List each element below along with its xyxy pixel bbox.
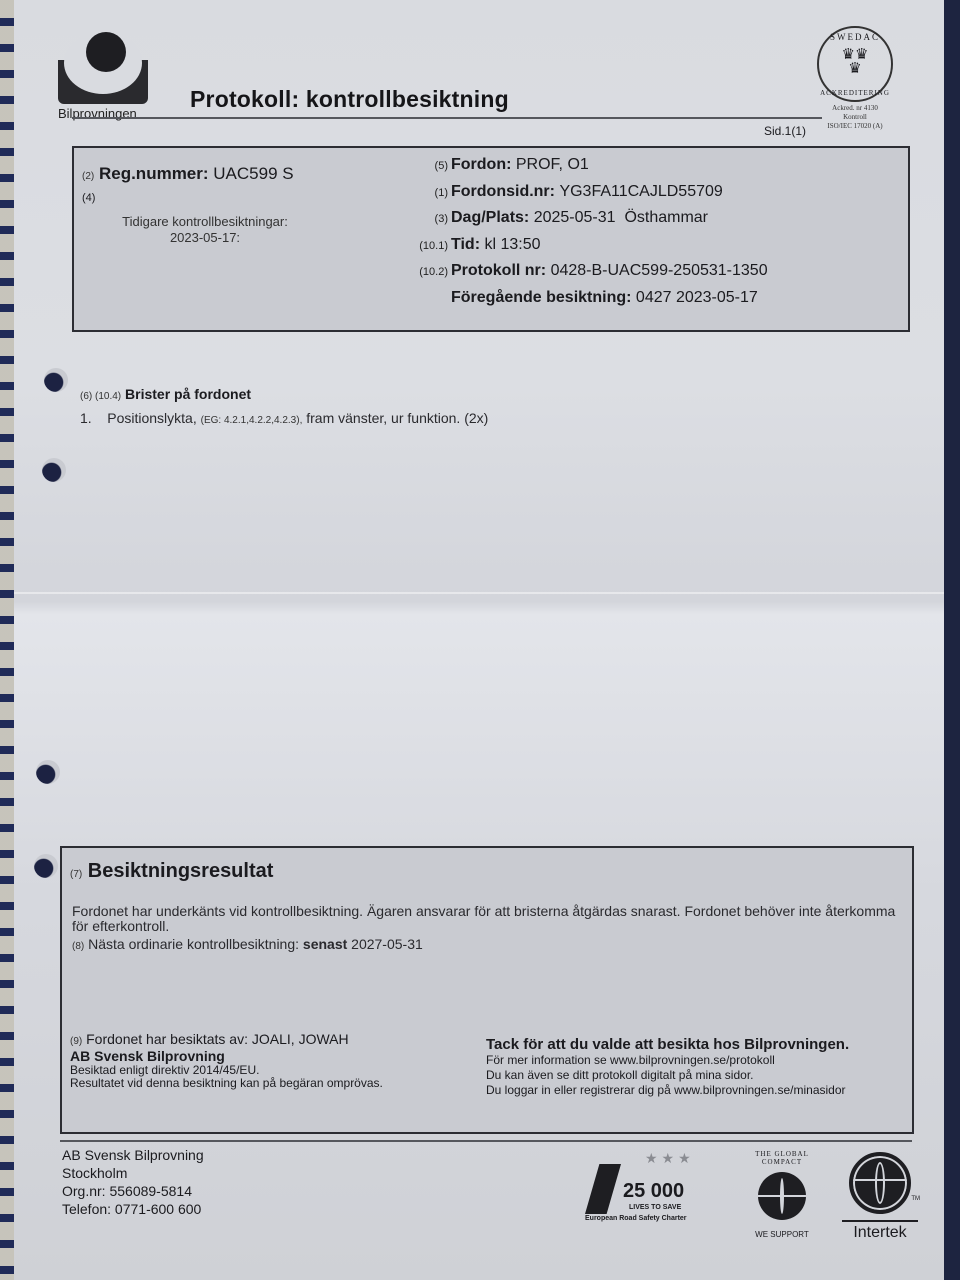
- header-divider: [72, 117, 822, 119]
- result-text: Fordonet har underkänts vid kontrollbesi…: [72, 904, 902, 934]
- company-name: AB Svensk Bilprovning: [70, 1049, 430, 1064]
- defects-heading: (6) (10.4) Brister på fordonet: [80, 386, 251, 402]
- swedac-seal: SWEDAC ♛♛♛ ACKREDITERING Ackred. nr 4130…: [810, 26, 900, 126]
- defect-item: 1. Positionslykta, (EG: 4.2.1,4.2.2,4.2.…: [80, 410, 488, 426]
- reg-value: UAC599 S: [213, 164, 293, 183]
- accreditation-standard: ISO/IEC 17020 (A): [810, 122, 900, 131]
- vin-row: (1) Fordonsid.nr: YG3FA11CAJLD55709: [410, 183, 880, 210]
- field-4: (4): [82, 192, 95, 204]
- appeal-text: Resultatet vid denna besiktning kan på b…: [70, 1077, 430, 1090]
- previous-inspection-row: Föregående besiktning: 0427 2023-05-17: [410, 289, 880, 316]
- result-heading: (7) Besiktningsresultat: [70, 860, 273, 883]
- seal-top-text: SWEDAC: [819, 32, 891, 42]
- page-title: Protokoll: kontrollbesiktning: [190, 86, 509, 113]
- global-compact-badge: THE GLOBAL COMPACT WE SUPPORT: [742, 1150, 822, 1230]
- three-crowns-icon: ♛♛♛: [819, 48, 891, 76]
- accreditation-number: Ackred. nr 4130: [810, 104, 900, 113]
- next-inspection: (8) Nästa ordinarie kontrollbesiktning: …: [72, 936, 423, 952]
- protocol-number-row: (10.2) Protokoll nr: 0428-B-UAC599-25053…: [410, 262, 880, 289]
- punch-hole: [34, 854, 58, 878]
- globe-icon: [849, 1152, 911, 1214]
- punch-hole: [42, 458, 66, 482]
- bilprovningen-logo: Bilprovningen: [58, 30, 162, 122]
- previous-inspections: Tidigare kontrollbesiktningar: 2023-05-1…: [100, 214, 310, 246]
- paper-fold: [14, 592, 944, 594]
- road-icon: [585, 1164, 621, 1214]
- road-safety-charter-badge: ★★★ 25 000 LIVES TO SAVE European Road S…: [585, 1150, 705, 1230]
- footer-divider: [60, 1140, 912, 1142]
- date-place-row: (3) Dag/Plats: 2025-05-31 Östhammar: [410, 209, 880, 236]
- inspector-name: JOALI, JOWAH: [252, 1031, 349, 1047]
- swedac-ring: SWEDAC ♛♛♛ ACKREDITERING: [817, 26, 893, 102]
- time-row: (10.1) Tid: kl 13:50: [410, 236, 880, 263]
- info-link-text: För mer information se www.bilprovningen…: [486, 1053, 896, 1068]
- intertek-iso-badge: TM Intertek: [842, 1150, 918, 1236]
- reg-number: (2) Reg.nummer: UAC599 S: [82, 164, 294, 184]
- thanks-section: Tack för att du valde att besikta hos Bi…: [486, 1036, 896, 1098]
- login-link-text: Du loggar in eller registrerar dig på ww…: [486, 1083, 896, 1098]
- punch-hole: [44, 368, 68, 392]
- punch-hole: [36, 760, 60, 784]
- accreditation-type: Kontroll: [810, 113, 900, 122]
- digital-protocol-text: Du kan även se ditt protokoll digitalt p…: [486, 1068, 896, 1083]
- page-number: Sid.1(1): [764, 124, 806, 138]
- inspector-info: (9) Fordonet har besiktats av: JOALI, JO…: [70, 1032, 430, 1090]
- vehicle-type-row: (5) Fordon: PROF, O1: [410, 156, 880, 183]
- seal-bottom-text: ACKREDITERING: [819, 89, 891, 97]
- company-address: AB Svensk Bilprovning Stockholm Org.nr: …: [62, 1146, 204, 1218]
- thanks-title: Tack för att du valde att besikta hos Bi…: [486, 1036, 896, 1053]
- globe-icon: [758, 1172, 806, 1220]
- logo-circle-shape: [86, 32, 126, 72]
- stars-icon: ★★★: [645, 1150, 695, 1167]
- vehicle-details: (5) Fordon: PROF, O1 (1) Fordonsid.nr: Y…: [410, 156, 880, 315]
